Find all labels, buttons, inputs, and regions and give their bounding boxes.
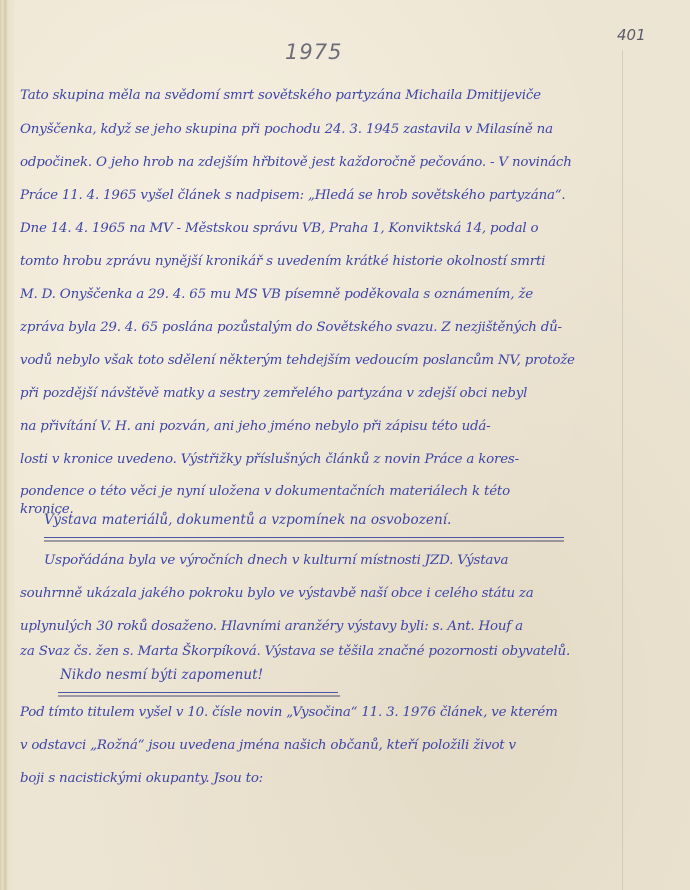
- text-line: Uspořádána byla ve výročních dnech v kul…: [44, 551, 640, 571]
- text-line: za Svaz čs. žen s. Marta Škorpíková. Výs…: [20, 642, 640, 662]
- text-line: uplynulých 30 roků dosaženo. Hlavními ar…: [20, 617, 640, 637]
- text-line: na přivítání V. H. ani pozván, ani jeho …: [20, 417, 640, 437]
- chronicle-page: 401 1975 Tato skupina měla na svědomí sm…: [0, 0, 690, 890]
- text-line: M. D. Onyščenka a 29. 4. 65 mu MS VB pís…: [20, 285, 640, 305]
- text-line: Tato skupina měla na svědomí smrt sověts…: [20, 86, 640, 106]
- heading-underline: [44, 537, 564, 538]
- text-line: zpráva byla 29. 4. 65 poslána pozůstalým…: [20, 318, 640, 338]
- heading-underline: [44, 540, 564, 542]
- text-line: vodů nebylo však toto sdělení některým t…: [20, 351, 640, 371]
- text-line: kronice.: [20, 500, 140, 520]
- text-line: Pod tímto titulem vyšel v 10. čísle novi…: [20, 703, 640, 723]
- text-line: v odstavci „Rožná“ jsou uvedena jména na…: [20, 736, 640, 756]
- text-line: boji s nacistickými okupanty. Jsou to:: [20, 769, 640, 789]
- heading-underline: [58, 692, 338, 693]
- text-line: při pozdější návštěvě matky a sestry zem…: [20, 384, 640, 404]
- text-line: tomto hrobu zprávu nynější kronikář s uv…: [20, 252, 640, 272]
- text-line: souhrnně ukázala jakého pokroku bylo ve …: [20, 584, 640, 604]
- text-line: Dne 14. 4. 1965 na MV - Městskou správu …: [20, 219, 640, 239]
- text-line: losti v kronice uvedeno. Výstřižky přísl…: [20, 450, 640, 470]
- text-line: Onyščenka, když se jeho skupina při poch…: [20, 120, 640, 140]
- page-number: 401: [617, 26, 646, 44]
- binding-edge: [0, 0, 14, 890]
- section-heading-nobody-forgotten: Nikdo nesmí býti zapomenut!: [60, 667, 360, 683]
- year-heading: 1975: [285, 40, 342, 64]
- text-line: Práce 11. 4. 1965 vyšel článek s nadpise…: [20, 186, 640, 206]
- margin-line: [622, 50, 623, 890]
- heading-underline: [58, 695, 340, 697]
- text-line: odpočinek. O jeho hrob na zdejším hřbito…: [20, 153, 640, 173]
- text-line: pondence o této věci je nyní uložena v d…: [20, 482, 640, 502]
